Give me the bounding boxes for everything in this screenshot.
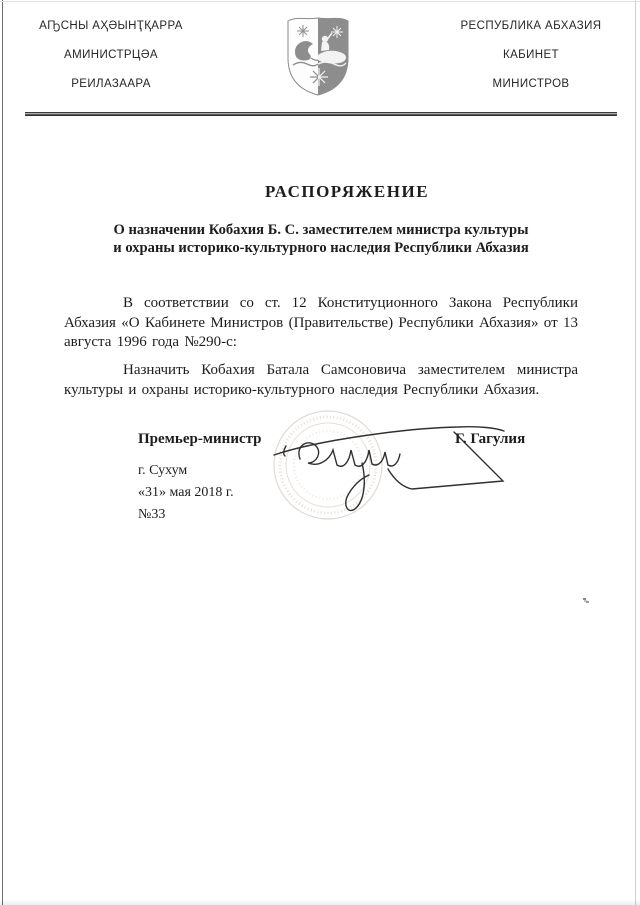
abkhazia-coat-of-arms-icon [285,14,351,98]
scan-speck [583,598,586,600]
header-right-line2: КАБИНЕТ [436,49,626,61]
header-left-line1: АҦСНЫ АҲӘЫНҬҚАРРА [16,20,206,32]
scan-shadow-bottom [0,899,640,905]
body-paragraph-1: В соответствии со ст. 12 Конституционног… [64,294,578,353]
document-meta: г. Сухум «31» мая 2018 г. №33 [138,460,234,525]
header-right-line1: РЕСПУБЛИКА АБХАЗИЯ [436,20,626,32]
document-subject: О назначении Кобахия Б. С. заместителем … [64,222,578,257]
header-right-russian: РЕСПУБЛИКА АБХАЗИЯ КАБИНЕТ МИНИСТРОВ [436,20,626,107]
body-paragraph-2: Назначить Кобахия Батала Самсоновича зам… [64,361,578,400]
meta-city: г. Сухум [138,460,234,482]
header-left-line3: РЕИЛАЗААРА [16,78,206,90]
meta-number: №33 [138,504,234,526]
document-title: РАСПОРЯЖЕНИЕ [64,182,630,202]
header-left-line2: АМИНИСТРЦӘА [16,49,206,61]
header-right-line3: МИНИСТРОВ [436,78,626,90]
scanned-document-page: АҦСНЫ АҲӘЫНҬҚАРРА АМИНИСТРЦӘА РЕИЛАЗААРА [0,0,640,905]
header-divider [25,112,617,116]
handwritten-signature [258,413,518,523]
scan-border-left [2,0,3,905]
scan-border-right [635,0,636,905]
meta-date: «31» мая 2018 г. [138,482,234,504]
signer-name: Г. Гагулия [455,431,525,448]
subject-line1: О назначении Кобахия Б. С. заместителем … [64,222,578,240]
scan-border-top [0,1,640,2]
header-left-abkhaz: АҦСНЫ АҲӘЫНҬҚАРРА АМИНИСТРЦӘА РЕИЛАЗААРА [16,20,206,107]
signer-position-title: Премьер-министр [138,431,262,448]
subject-line2: и охраны историко-культурного наследия Р… [64,240,578,258]
